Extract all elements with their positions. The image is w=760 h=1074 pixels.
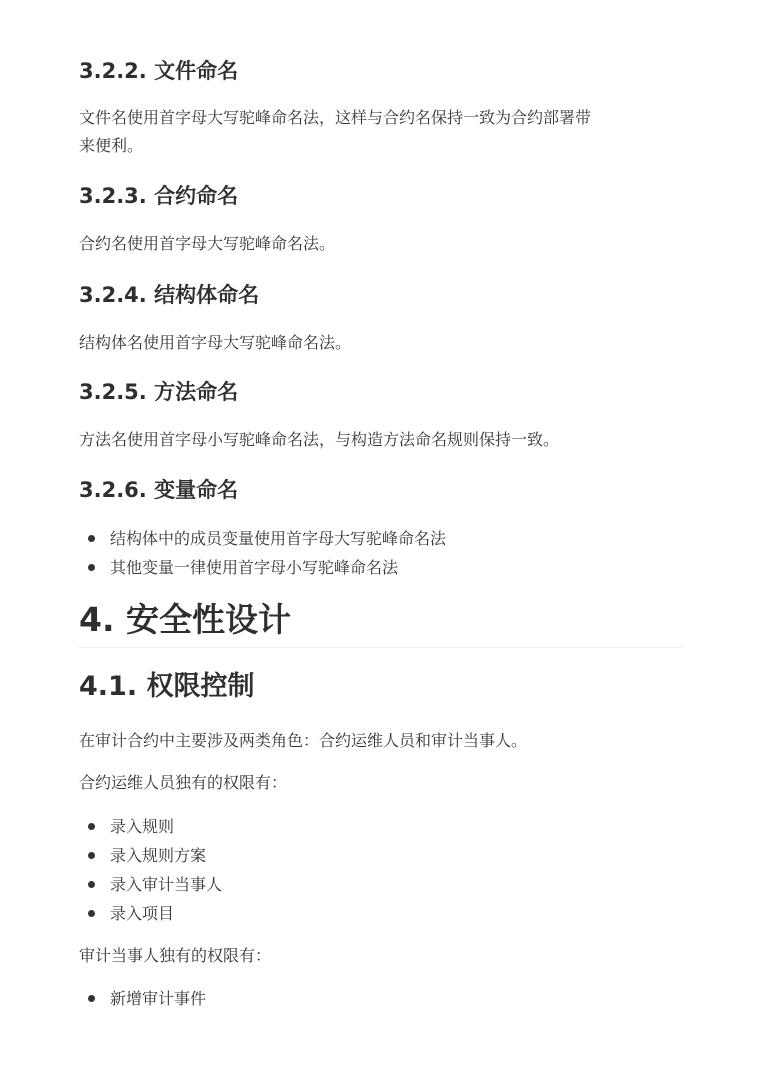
bullet-icon: [88, 910, 95, 917]
bullet-icon: [88, 852, 95, 859]
heading-3-2-3: 3.2.3. 合约命名: [79, 182, 238, 210]
variable-naming-list: 结构体中的成员变量使用首字母大写驼峰命名法 其他变量一律使用首字母小写驼峰命名法: [79, 524, 446, 582]
bullet-icon: [88, 995, 95, 1002]
paragraph-roles-intro: 在审计合约中主要涉及两类角色：合约运维人员和审计当事人。: [79, 727, 679, 755]
paragraph-ops-permissions-label: 合约运维人员独有的权限有：: [79, 769, 679, 797]
bullet-icon: [88, 881, 95, 888]
paragraph-line: 来便利。: [79, 136, 143, 155]
bullet-icon: [88, 535, 95, 542]
list-item: 录入规则: [79, 812, 222, 841]
list-item: 其他变量一律使用首字母小写驼峰命名法: [79, 553, 446, 582]
heading-3-2-2: 3.2.2. 文件命名: [79, 57, 238, 85]
heading-4-1: 4.1. 权限控制: [79, 670, 255, 704]
paragraph-method-naming: 方法名使用首字母小写驼峰命名法，与构造方法命名规则保持一致。: [79, 426, 679, 454]
list-item: 录入审计当事人: [79, 870, 222, 899]
list-item: 录入规则方案: [79, 841, 222, 870]
paragraph-line: 文件名使用首字母大写驼峰命名法，这样与合约名保持一致为合约部署带: [79, 108, 591, 127]
paragraph-file-naming: 文件名使用首字母大写驼峰命名法，这样与合约名保持一致为合约部署带 来便利。: [79, 104, 679, 160]
heading-3-2-6: 3.2.6. 变量命名: [79, 476, 238, 504]
bullet-icon: [88, 823, 95, 830]
list-item: 录入项目: [79, 899, 222, 928]
paragraph-contract-naming: 合约名使用首字母大写驼峰命名法。: [79, 230, 679, 258]
party-permissions-list: 新增审计事件: [79, 984, 206, 1013]
heading-3-2-5: 3.2.5. 方法命名: [79, 378, 238, 406]
heading-divider: [79, 647, 683, 648]
list-item: 新增审计事件: [79, 984, 206, 1013]
ops-permissions-list: 录入规则 录入规则方案 录入审计当事人 录入项目: [79, 812, 222, 928]
heading-3-2-4: 3.2.4. 结构体命名: [79, 281, 259, 309]
list-item: 结构体中的成员变量使用首字母大写驼峰命名法: [79, 524, 446, 553]
document-page: 3.2.2. 文件命名 文件名使用首字母大写驼峰命名法，这样与合约名保持一致为合…: [0, 0, 760, 1074]
heading-chapter-4: 4. 安全性设计: [79, 600, 291, 640]
paragraph-struct-naming: 结构体名使用首字母大写驼峰命名法。: [79, 329, 679, 357]
paragraph-party-permissions-label: 审计当事人独有的权限有：: [79, 942, 679, 970]
bullet-icon: [88, 564, 95, 571]
